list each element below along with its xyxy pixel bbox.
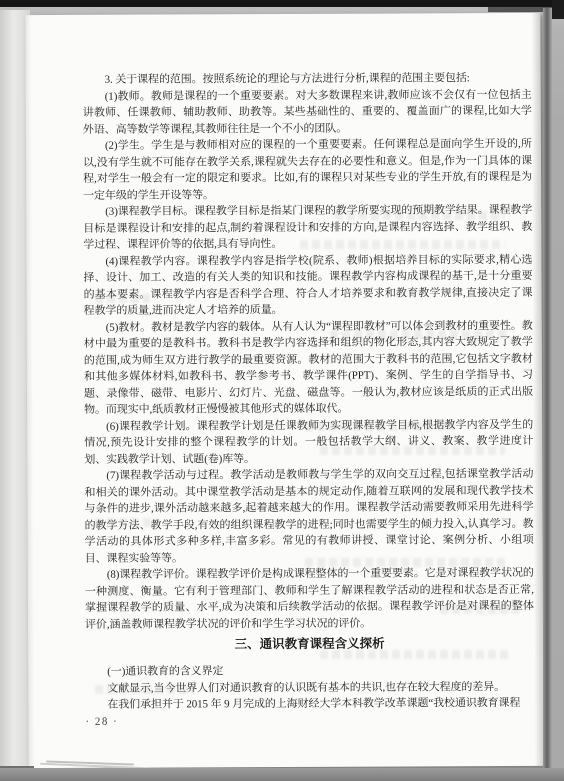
page-content: 3. 关于课程的范围。按照系统论的理论与方法进行分析,课程的范围主要包括: (1… xyxy=(83,70,535,730)
body-paragraph: 3. 关于课程的范围。按照系统论的理论与方法进行分析,课程的范围主要包括: xyxy=(83,70,532,88)
bleed-through-artifact xyxy=(305,558,505,567)
bleed-through-artifact xyxy=(320,446,505,455)
page-edge-shadow xyxy=(543,8,552,770)
body-paragraph: (7)课程教学活动与过程。教学活动是教师教与学生学的双向交互过程,包括课堂教学活… xyxy=(84,466,533,567)
body-paragraph: 在我们承担并于 2015 年 9 月完成的上海财经大学本科教学改革课题“我校通识… xyxy=(85,695,534,713)
body-paragraph: (1)教师。教师是课程的一个重要要素。对大多数课程来讲,教师应该不会仅有一位包括… xyxy=(83,86,532,137)
body-paragraph: (4)课程教学内容。课程教学内容是指学校(院系、教师)根据培养目标的实际要求,精… xyxy=(83,251,532,319)
subsection-heading: (一)通识教育的含义界定 xyxy=(85,662,534,680)
bleed-through-artifact xyxy=(320,650,510,659)
bleed-through-artifact xyxy=(300,240,505,249)
scanner-top-edge xyxy=(0,0,564,7)
bleed-through-artifact xyxy=(95,685,195,694)
bleed-through-artifact xyxy=(95,518,160,527)
bleed-through-artifact xyxy=(95,294,150,303)
scan-background: 3. 关于课程的范围。按照系统论的理论与方法进行分析,课程的范围主要包括: (1… xyxy=(0,0,564,781)
bleed-through-artifact xyxy=(335,211,505,220)
bleed-through-artifact xyxy=(305,422,455,431)
page-number: · 28 · xyxy=(85,711,534,729)
scan-bottom-edge xyxy=(0,768,564,781)
bleed-through-artifact xyxy=(440,605,520,614)
body-paragraph: (2)学生。学生是与教师相对应的课程的一个重要要素。任何课程总是面向学生开设的,… xyxy=(83,136,532,204)
body-paragraph: (8)课程教学评价。课程教学评价是构成课程整体的一个重要要素。它是对课程教学状况… xyxy=(85,565,534,633)
bleed-through-artifact xyxy=(330,330,510,339)
scanner-corner-mark xyxy=(552,0,564,19)
